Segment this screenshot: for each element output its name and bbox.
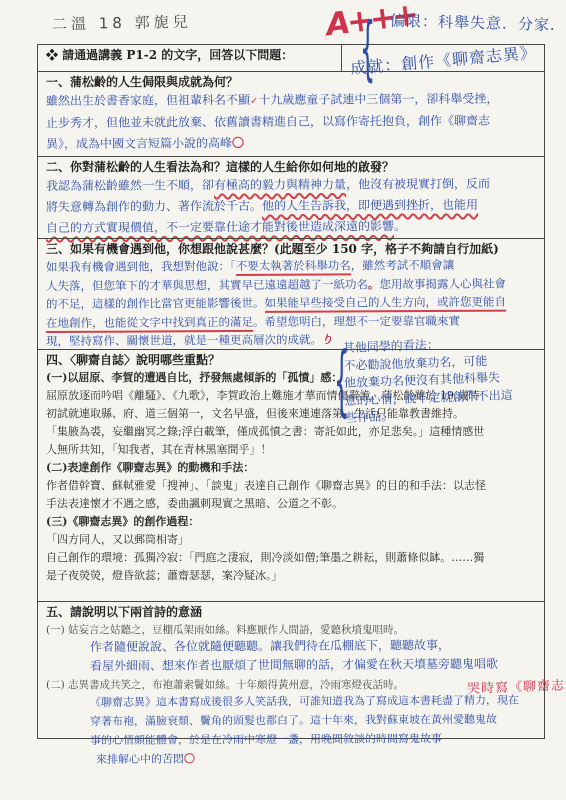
q2-answer-line-1: 我認為蒲松齡雖然一生不順，卻有極高的毅力與精神力量，他沒有被現實打倒，反而 xyxy=(46,173,536,197)
q1-answer-line-1: 雖然出生於書香家庭，但祖輩科名不顯✓十九歲應童子試連中三個第一，卻科舉受挫， xyxy=(46,88,536,113)
question-5-row: 五、請說明以下兩首詩的意涵 (一) 姑妄言之姑聽之，豆棚瓜架雨如絲。料應厭作人間… xyxy=(38,601,544,738)
q5-answer-2-line-3: 事的心情頗能體會，於是在冷雨中寒燈一盞，用晚間敘談的時間寫鬼故事 xyxy=(90,729,536,750)
red-underline: 如果能早些接受自己的人生方向，或許您更能自 xyxy=(264,295,506,313)
q4-point-3-body: 是子夜熒熒，燈昏欲蕊；蕭齋瑟瑟，案冷疑冰。」 xyxy=(46,567,536,585)
q5-answer-2-line-2: 穿著布袍，滿臉衰頹、鬢角的頭髮也都白了。這十年來，我對蘇東坡在黃州愛聽鬼故 xyxy=(90,710,536,731)
q1-answer-line-2: 止步秀才，但他並未就此放棄、依舊讀書精進自己，以寫作寄托抱負，創作《聊齋志 xyxy=(46,110,536,134)
question-2-row: 二、你對蒲松齡的人生看法為和？這樣的人生給你如何地的啟發？ 我認為蒲松齡雖然一生… xyxy=(38,156,544,238)
question-1-row: 一、蒲松齡的人生侷限與成就為何？ 雖然出生於書香家庭，但祖輩科名不顯✓十九歲應童… xyxy=(38,71,544,156)
q4-point-3-body: 「四方同人，又以郵筒相寄」 xyxy=(46,531,536,549)
q4-point-3-body: 自己創作的環境：孤獨冷寂：「門庭之淒寂，則冷淡如僧;筆墨之耕耘，則蕭條似缽。……… xyxy=(46,549,536,567)
q4-point-3-heading: (三)《聊齋志異》的創作過程： xyxy=(46,513,536,531)
red-circle-icon: 〇 xyxy=(184,752,195,765)
red-underline: 在地創作，也能從文字中找到真正的滿足 xyxy=(46,314,253,332)
red-wavy-underline: 他的人生告訴我，即便遇到挫折，也能用 xyxy=(262,198,478,213)
header-divider xyxy=(341,45,342,71)
q5-answer-2-line-4: 來排解心中的苦悶〇 xyxy=(96,748,536,769)
classmates-opinion-note: 其他同學的看法： 不必勸說他放棄功名，可能 他放棄功名便沒有其他科舉失 意的心情… xyxy=(343,332,566,427)
q4-point-2-body: 作者借幹寶、蘇軾雅愛「搜神」、「談鬼」表達自己創作《聊齋志異》的目的和手法：以志… xyxy=(46,477,536,495)
q5-answer-1-line-1: 作者隨便說說、各位就隨便聽聽。讓我們待在瓜棚底下，聽聽故事， xyxy=(90,636,536,657)
red-underline: 不要太執著於科舉功名 xyxy=(236,258,351,276)
red-wavy-underline: 有極高的毅力與精神力量 xyxy=(214,177,346,192)
q2-answer-line-2: 將失意轉為創作的動力、著作流於千古。他的人生告訴我，即便遇到挫折，也能用 xyxy=(46,194,536,218)
teacher-red-note: 哭時寫《聊齋志異 xyxy=(467,674,566,697)
q3-answer-line-1: 如果我有機會遇到他，我想對他說：「不要太執著於科舉功名，雖然考試不順會讓 xyxy=(46,255,536,276)
q2-answer-line-3: 自己的方式實現價值，不一定要靠仕途才能對後世造成深遠的影響。 xyxy=(46,215,536,239)
red-circle-icon: 〇 xyxy=(232,136,244,150)
instruction-header-row: ❖ 請通過講義 P1-2 的文字，回答以下問題： xyxy=(38,45,544,71)
question-3-row: 三、如果有機會遇到他，你想跟他說甚麼？(此題至少 150 字，格子不夠請自行加紙… xyxy=(38,238,544,349)
scanned-worksheet-page: 二溫 18 郭旎兒 A+++ { 偏限：科舉失意．分家． 成就：創作《聊齋志異》… xyxy=(0,0,566,800)
question-5-title: 五、請說明以下兩首詩的意涵 xyxy=(46,604,536,621)
q1-answer-line-3: 異》，成為中國文言短篇小說的高峰〇 xyxy=(46,131,536,155)
q5-answer-1-line-2: 看屋外細雨、想來作者也厭煩了世間無聊的話，才偏愛在秋天墳墓旁聽鬼唱歌 xyxy=(90,655,536,676)
student-name: 二溫 18 郭旎兒 xyxy=(52,11,192,34)
q4-point-2-body: 手法表達懷才不遇之感，委曲諷刺現實之黑暗、公道之不彰。 xyxy=(46,495,536,513)
q4-point-2-heading: (二)表達創作《聊齋志異》的動機和手法： xyxy=(46,459,536,477)
q4-point-1-body: 「集腋為裘，妄繼幽冥之錄;浮白載筆，僅成孤憤之書：寄託如此，亦足悲矣。」這種情感… xyxy=(46,423,536,441)
red-period-mark: 。 xyxy=(368,277,380,291)
q3-answer-line-3: 的不足，這樣的創作比當官更能影響後世。如果能早些接受自己的人生方向，或許您更能自 xyxy=(46,292,536,313)
red-wavy-underline: 自己的方式實現價值，不一定要靠仕途才能對後世造成深遠的影響 xyxy=(46,219,394,235)
instruction-header: ❖ 請通過講義 P1-2 的文字，回答以下問題： xyxy=(46,47,536,64)
q4-point-1-body: 人無所共知，「知我者，其在青林黑塞間乎」！ xyxy=(46,441,536,459)
